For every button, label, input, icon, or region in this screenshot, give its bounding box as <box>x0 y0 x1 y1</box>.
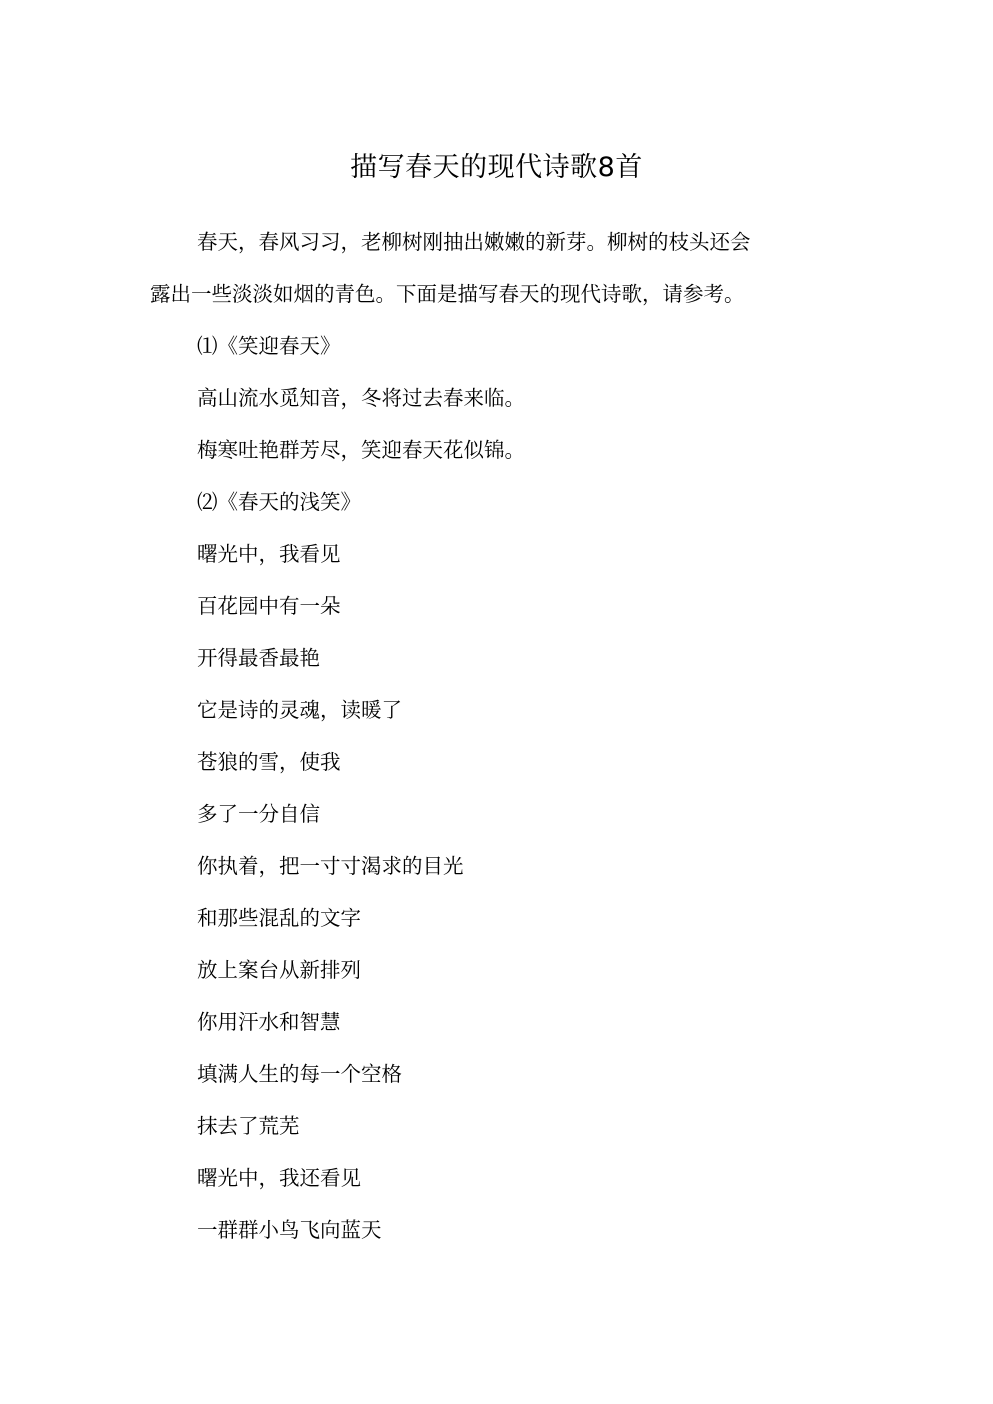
poem-2-line: 填满人生的每一个空格 <box>197 1059 402 1089</box>
poem-1-line: 高山流水觅知音，冬将过去春来临。 <box>197 383 525 413</box>
poem-2-line: 你执着，把一寸寸渴求的目光 <box>197 851 464 881</box>
intro-text-2: 露出一些淡淡如烟的青色。下面是描写春天的现代诗歌，请参考。 <box>150 282 745 306</box>
poem-1-heading: ⑴《笑迎春天》 <box>197 331 341 361</box>
poem-2-line: 开得最香最艳 <box>197 643 320 673</box>
poem-2-line: 放上案台从新排列 <box>197 955 361 985</box>
intro-paragraph-line-1: 春天，春风习习，老柳树刚抽出嫩嫩的新芽。柳树的枝头还会 <box>150 216 850 268</box>
document-page: 描写春天的现代诗歌8首 春天，春风习习，老柳树刚抽出嫩嫩的新芽。柳树的枝头还会 … <box>0 0 993 1404</box>
intro-text-1: 春天，春风习习，老柳树刚抽出嫩嫩的新芽。柳树的枝头还会 <box>197 230 751 254</box>
poem-2-line: 和那些混乱的文字 <box>197 903 361 933</box>
poem-2-line: 多了一分自信 <box>197 799 320 829</box>
poem-2-line: 曙光中，我还看见 <box>197 1163 361 1193</box>
poem-2-line: 苍狼的雪，使我 <box>197 747 341 777</box>
poem-2-line: 抹去了荒芜 <box>197 1111 300 1141</box>
document-title: 描写春天的现代诗歌8首 <box>0 146 993 190</box>
poem-2-line: 一群群小鸟飞向蓝天 <box>197 1215 382 1245</box>
poem-2-line: 它是诗的灵魂，读暖了 <box>197 695 402 725</box>
poem-2-line: 你用汗水和智慧 <box>197 1007 341 1037</box>
poem-2-line: 曙光中，我看见 <box>197 539 341 569</box>
poem-2-line: 百花园中有一朵 <box>197 591 341 621</box>
poem-2-heading: ⑵《春天的浅笑》 <box>197 487 361 517</box>
poem-1-line: 梅寒吐艳群芳尽，笑迎春天花似锦。 <box>197 435 525 465</box>
intro-paragraph-line-2: 露出一些淡淡如烟的青色。下面是描写春天的现代诗歌，请参考。 <box>150 268 850 320</box>
